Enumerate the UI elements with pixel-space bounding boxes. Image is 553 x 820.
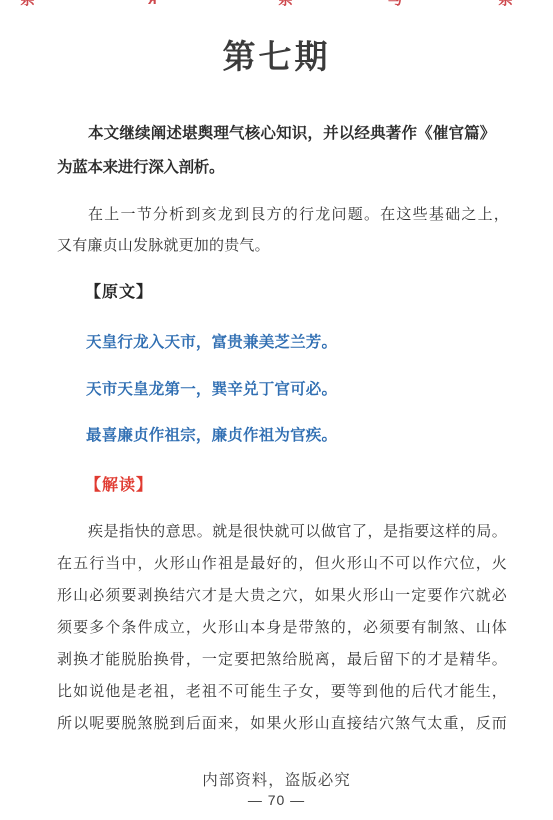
interpretation-line: 比如说他是老祖，老祖不可能生子女，要等到他的后代才能生， <box>57 676 507 708</box>
intro-line-2: 为蓝本来进行深入剖析。 <box>57 151 495 185</box>
scan-bleed-mark: 亲 <box>278 0 293 7</box>
original-text-label: 【原文】 <box>85 283 153 303</box>
lead-line-2: 又有廉贞山发脉就更加的贵气。 <box>57 231 509 262</box>
scan-bleed-mark: 与 <box>388 0 403 7</box>
interpretation-line: 形山必须要剥换结穴才是大贵之穴，如果火形山一定要作穴就必 <box>57 580 507 612</box>
interpretation-label: 【解读】 <box>85 476 153 496</box>
intro-line-1: 本文继续阐述堪舆理气核心知识，并以经典著作《催官篇》 <box>57 117 495 151</box>
page-number: — 70 — <box>0 791 553 809</box>
scan-bleed-mark: 亲 <box>20 0 35 7</box>
verse-line-3: 最喜廉贞作祖宗，廉贞作祖为官疾。 <box>86 413 526 460</box>
scan-bleed-mark: 亲 <box>498 0 513 7</box>
scanned-document-page: 亲 я 亲 与 亲 第七期 本文继续阐述堪舆理气核心知识，并以经典著作《催官篇》… <box>0 0 553 820</box>
interpretation-paragraph: 疾是指快的意思。就是很快就可以做官了，是指要这样的局。 在五行当中，火形山作祖是… <box>57 516 507 740</box>
interpretation-line: 须要多个条件成立，火形山本身是带煞的，必须要有制煞、山体 <box>57 612 507 644</box>
page-title: 第七期 <box>0 37 553 77</box>
verse-line-2: 天市天皇龙第一，巽辛兑丁官可必。 <box>86 367 526 414</box>
interpretation-line: 所以呢要脱煞脱到后面来，如果火形山直接结穴煞气太重，反而 <box>57 708 507 740</box>
footer-copyright-notice: 内部资料，盗版必究 <box>0 770 553 792</box>
interpretation-line: 疾是指快的意思。就是很快就可以做官了，是指要这样的局。 <box>57 516 507 548</box>
scan-bleed-mark: я <box>148 0 157 7</box>
lead-paragraph: 在上一节分析到亥龙到艮方的行龙问题。在这些基础之上， 又有廉贞山发脉就更加的贵气… <box>57 200 509 262</box>
interpretation-line: 剥换才能脱胎换骨，一定要把煞给脱离，最后留下的才是精华。 <box>57 644 507 676</box>
interpretation-line: 在五行当中，火形山作祖是最好的，但火形山不可以作穴位，火 <box>57 548 507 580</box>
verse-quotes: 天皇行龙入天市，富贵兼美芝兰芳。 天市天皇龙第一，巽辛兑丁官可必。 最喜廉贞作祖… <box>86 320 526 460</box>
lead-line-1: 在上一节分析到亥龙到艮方的行龙问题。在这些基础之上， <box>57 200 509 231</box>
verse-line-1: 天皇行龙入天市，富贵兼美芝兰芳。 <box>86 320 526 367</box>
intro-paragraph: 本文继续阐述堪舆理气核心知识，并以经典著作《催官篇》 为蓝本来进行深入剖析。 <box>57 117 495 185</box>
